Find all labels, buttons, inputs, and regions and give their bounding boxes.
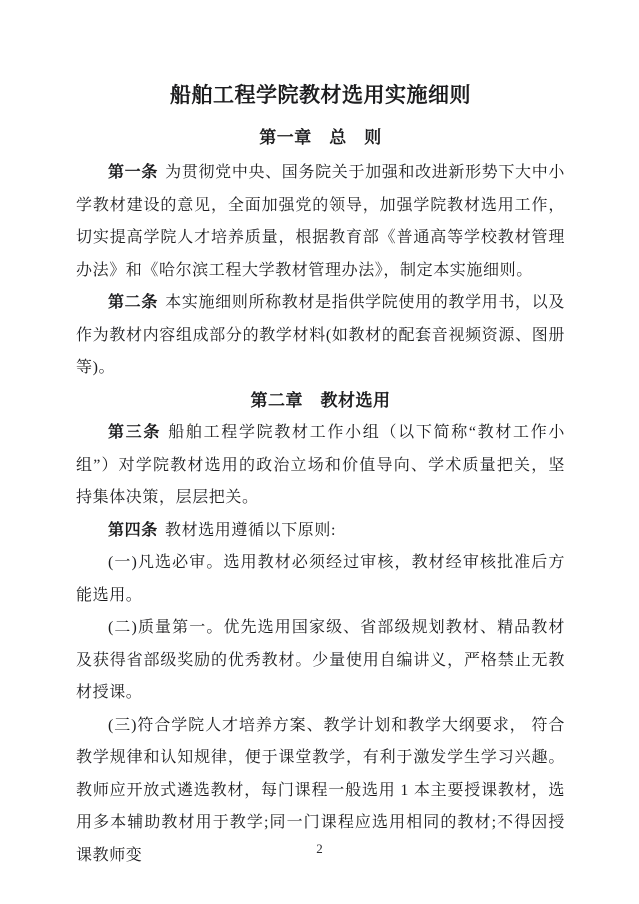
article-1-label: 第一条 — [108, 164, 158, 181]
page-number: 2 — [0, 841, 639, 857]
article-3: 第三条船舶工程学院教材工作小组（以下简称“教材工作小组”）对学院教材选用的政治立… — [76, 417, 565, 515]
article-4: 第四条教材选用遵循以下原则: — [76, 515, 565, 548]
document-body: 第一条为贯彻党中央、国务院关于加强和改进新形势下大中小学教材建设的意见，全面加强… — [76, 157, 565, 872]
principle-item-1: (一)凡选必审。选用教材必须经过审核，教材经审核批准后方能选用。 — [76, 547, 565, 612]
principle-item-2: (二)质量第一。优先选用国家级、省部级规划教材、精品教材及获得省部级奖励的优秀教… — [76, 612, 565, 710]
article-2-label: 第二条 — [108, 294, 158, 311]
article-4-label: 第四条 — [108, 522, 158, 539]
article-2: 第二条本实施细则所称教材是指供学院使用的教学用书，以及作为教材内容组成部分的教学… — [76, 287, 565, 385]
document-page: 船舶工程学院教材选用实施细则 第一章 总 则 第一条为贯彻党中央、国务院关于加强… — [0, 0, 639, 904]
document-title: 船舶工程学院教材选用实施细则 — [76, 82, 565, 109]
article-1: 第一条为贯彻党中央、国务院关于加强和改进新形势下大中小学教材建设的意见，全面加强… — [76, 157, 565, 287]
article-1-text: 为贯彻党中央、国务院关于加强和改进新形势下大中小学教材建设的意见，全面加强党的领… — [76, 164, 565, 279]
chapter-2-heading: 第二章 教材选用 — [76, 385, 565, 418]
chapter-1-heading: 第一章 总 则 — [76, 122, 565, 153]
article-4-text: 教材选用遵循以下原则: — [165, 522, 336, 539]
article-3-label: 第三条 — [108, 424, 161, 441]
